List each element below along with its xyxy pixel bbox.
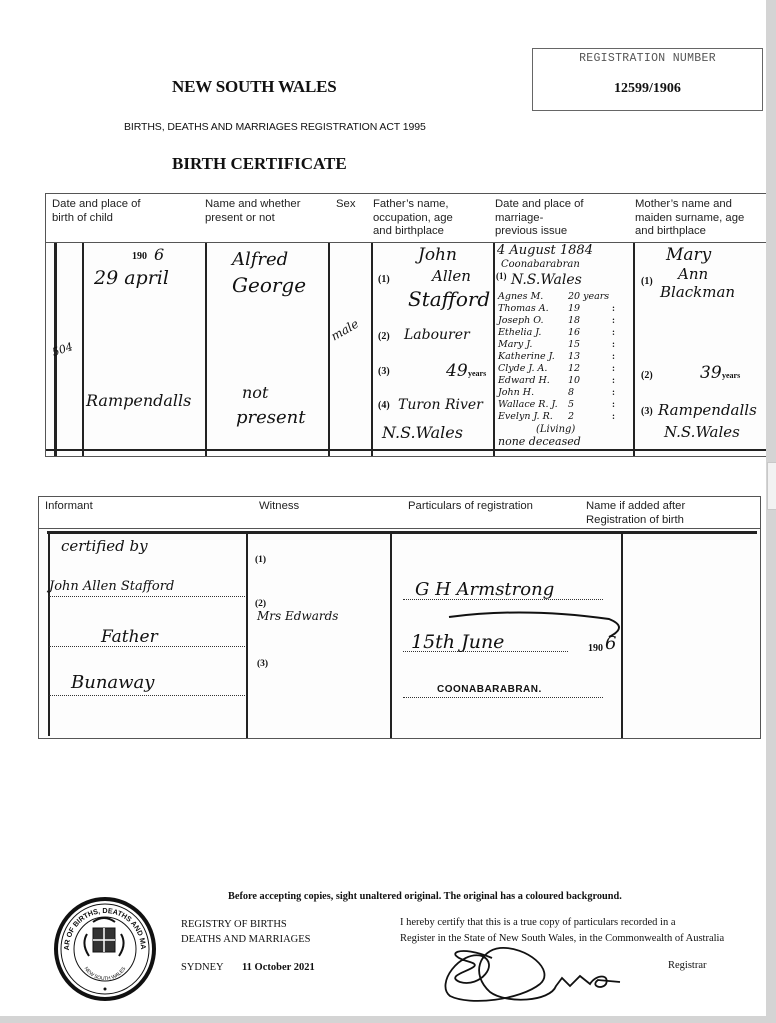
registrar-signature-icon [430, 944, 630, 1006]
issue-child-age: 5 [568, 399, 574, 410]
scan-rule [633, 243, 635, 456]
col-header-informant: Informant [45, 500, 93, 514]
issue-child-age: 8 [568, 387, 574, 398]
marriage-marker: (1) [496, 271, 507, 281]
issue-child-name: Agnes M. [498, 291, 543, 302]
dotted-line [403, 697, 603, 698]
father-marker-3: (3) [378, 366, 390, 377]
witness-2-name: Mrs Edwards [257, 609, 338, 623]
child-presence-2: present [236, 407, 306, 428]
issue-child-age: 2 [568, 411, 574, 422]
registrar-signature: G H Armstrong [415, 579, 554, 600]
issue-child-age: 19 [568, 303, 580, 314]
scan-rule [205, 243, 207, 456]
ditto-mark: : [612, 303, 615, 313]
mother-birthplace-1: Rampendalls [658, 401, 757, 419]
issue-child-age: 13 [568, 351, 580, 362]
ditto-mark: : [612, 351, 615, 361]
col-header-child-name: Name and whether present or not [205, 198, 300, 225]
issue-city: SYDNEY [181, 962, 224, 973]
informant-line-1: certified by [61, 537, 148, 555]
mother-birthplace-2: N.S.Wales [664, 423, 740, 441]
father-age: 49 [446, 361, 468, 381]
father-surname: Stafford [408, 287, 490, 311]
father-age-unit: years [468, 369, 486, 378]
issue-date: 11 October 2021 [242, 962, 315, 973]
ditto-mark: : [612, 363, 615, 373]
scan-rule [47, 531, 757, 534]
certification-statement: I hereby certify that this is a true cop… [400, 915, 724, 947]
issue-child-age: 18 [568, 315, 580, 326]
col-header-father: Father’s name, occupation, age and birth… [373, 198, 453, 239]
father-birthplace-1: Turon River [398, 397, 483, 413]
child-first-name: Alfred [232, 249, 288, 270]
registration-year-print: 190 [588, 643, 603, 654]
scan-rule [48, 531, 50, 736]
issue-child-name: Katherine J. [498, 351, 555, 362]
child-presence-1: not [242, 383, 268, 402]
issue-child-name: Edward H. [498, 375, 550, 386]
issue-child-name: Clyde J. A. [498, 363, 547, 374]
ditto-mark: : [612, 387, 615, 397]
mother-surname: Blackman [660, 283, 735, 301]
ditto-mark: : [612, 399, 615, 409]
dotted-line [49, 695, 245, 696]
birth-place: Rampendalls [86, 391, 191, 410]
marriage-place-2: N.S.Wales [511, 272, 582, 288]
issue-child-name: Mary J. [498, 339, 532, 350]
certificate-title: BIRTH CERTIFICATE [172, 154, 347, 174]
scan-rule [246, 531, 248, 738]
ditto-mark: : [612, 327, 615, 337]
living-note: (Living) [536, 424, 575, 435]
scanned-register-entry: 504 190 6 29 april Rampendalls Alfred Ge… [46, 243, 766, 456]
mother-middle-name: Ann [678, 265, 708, 283]
issue-child-age: 10 [568, 375, 580, 386]
informant-relationship: Father [101, 627, 158, 647]
birth-year-hand: 6 [154, 245, 164, 264]
viewer-scroll-thumb[interactable] [767, 462, 776, 510]
informant-residence: Bunaway [71, 672, 154, 693]
child-second-name: George [232, 273, 306, 297]
registration-number-box: REGISTRATION NUMBER 12599/1906 [532, 48, 763, 111]
ditto-mark: : [612, 375, 615, 385]
viewer-scrollbar[interactable] [766, 0, 776, 1023]
scan-rule [82, 243, 84, 456]
father-first-name: John [418, 245, 457, 265]
father-marker-4: (4) [378, 400, 390, 411]
ditto-mark: : [612, 411, 615, 421]
deceased-note: none deceased [498, 435, 581, 448]
marriage-date: 4 August 1884 [497, 243, 593, 258]
birth-details-table: Date and place of birth of child Name an… [45, 193, 767, 457]
scan-rule [328, 243, 330, 456]
birth-year-print: 190 [132, 251, 147, 262]
authenticity-notice: Before accepting copies, sight unaltered… [228, 891, 622, 902]
issue-child-name: Evelyn J. R. [498, 411, 553, 422]
issue-child-age: 20 years [568, 291, 609, 302]
col-header-marriage: Date and place of marriage- previous iss… [495, 198, 584, 239]
col-header-sex: Sex [336, 198, 355, 212]
issue-child-age: 16 [568, 327, 580, 338]
viewer-bottom-edge [0, 1016, 776, 1023]
issue-child-name: John H. [498, 387, 534, 398]
registry-seal-icon: REGISTRAR OF BIRTHS, DEATHS AND MARRIAGE… [53, 896, 157, 1002]
father-marker-2: (2) [378, 331, 390, 342]
issue-child-name: Ethelia J. [498, 327, 541, 338]
scan-rule [371, 243, 373, 456]
scan-rule [390, 531, 392, 738]
dotted-line [49, 596, 245, 597]
issue-child-name: Wallace R. J. [498, 399, 558, 410]
scanned-registration-entry: certified by John Allen Stafford Father … [39, 529, 760, 738]
mother-first-name: Mary [666, 245, 711, 265]
child-sex: male [328, 317, 361, 344]
district-stamp: COONABARABRAN. [437, 684, 542, 695]
scan-rule [493, 243, 495, 456]
informant-name: John Allen Stafford [49, 579, 174, 594]
issue-child-name: Joseph O. [498, 315, 544, 326]
witness-marker-3: (3) [257, 659, 268, 669]
ditto-mark: : [612, 339, 615, 349]
registration-date: 15th June [411, 631, 504, 653]
issue-child-age: 15 [568, 339, 580, 350]
issue-child-name: Thomas A. [498, 303, 549, 314]
registration-number-label: REGISTRATION NUMBER [533, 52, 762, 65]
registry-office: REGISTRY OF BIRTHS DEATHS AND MARRIAGES [181, 917, 311, 947]
col-header-particulars: Particulars of registration [408, 500, 533, 514]
birth-date: 29 april [94, 267, 169, 289]
father-marker-1: (1) [378, 274, 390, 285]
mother-marker-2: (2) [641, 370, 653, 381]
state-title: NEW SOUTH WALES [172, 77, 337, 97]
mother-marker-1: (1) [641, 276, 653, 287]
father-middle-name: Allen [432, 267, 471, 285]
registration-year-hand: 6 [605, 633, 616, 654]
registration-details-table: Informant Witness Particulars of registr… [38, 496, 761, 739]
issue-child-age: 12 [568, 363, 580, 374]
registration-number: 12599/1906 [533, 81, 762, 97]
witness-marker-1: (1) [255, 555, 266, 565]
father-birthplace-2: N.S.Wales [382, 423, 463, 442]
father-occupation: Labourer [404, 327, 470, 343]
mother-marker-3: (3) [641, 406, 653, 417]
registrar-label: Registrar [668, 960, 707, 971]
col-header-birth-date: Date and place of birth of child [52, 198, 141, 225]
ditto-mark: : [612, 315, 615, 325]
scan-rule [46, 449, 766, 451]
mother-age: 39 [700, 363, 722, 383]
col-header-mother: Mother’s name and maiden surname, age an… [635, 198, 744, 239]
mother-age-unit: years [722, 371, 740, 380]
certificate-page: NEW SOUTH WALES BIRTHS, DEATHS AND MARRI… [0, 0, 766, 1016]
act-title: BIRTHS, DEATHS AND MARRIAGES REGISTRATIO… [124, 121, 426, 133]
col-header-witness: Witness [259, 500, 299, 514]
col-header-name-added: Name if added after Registration of birt… [586, 500, 685, 527]
marriage-place-1: Coonabarabran [501, 259, 580, 270]
witness-marker-2: (2) [255, 599, 266, 609]
